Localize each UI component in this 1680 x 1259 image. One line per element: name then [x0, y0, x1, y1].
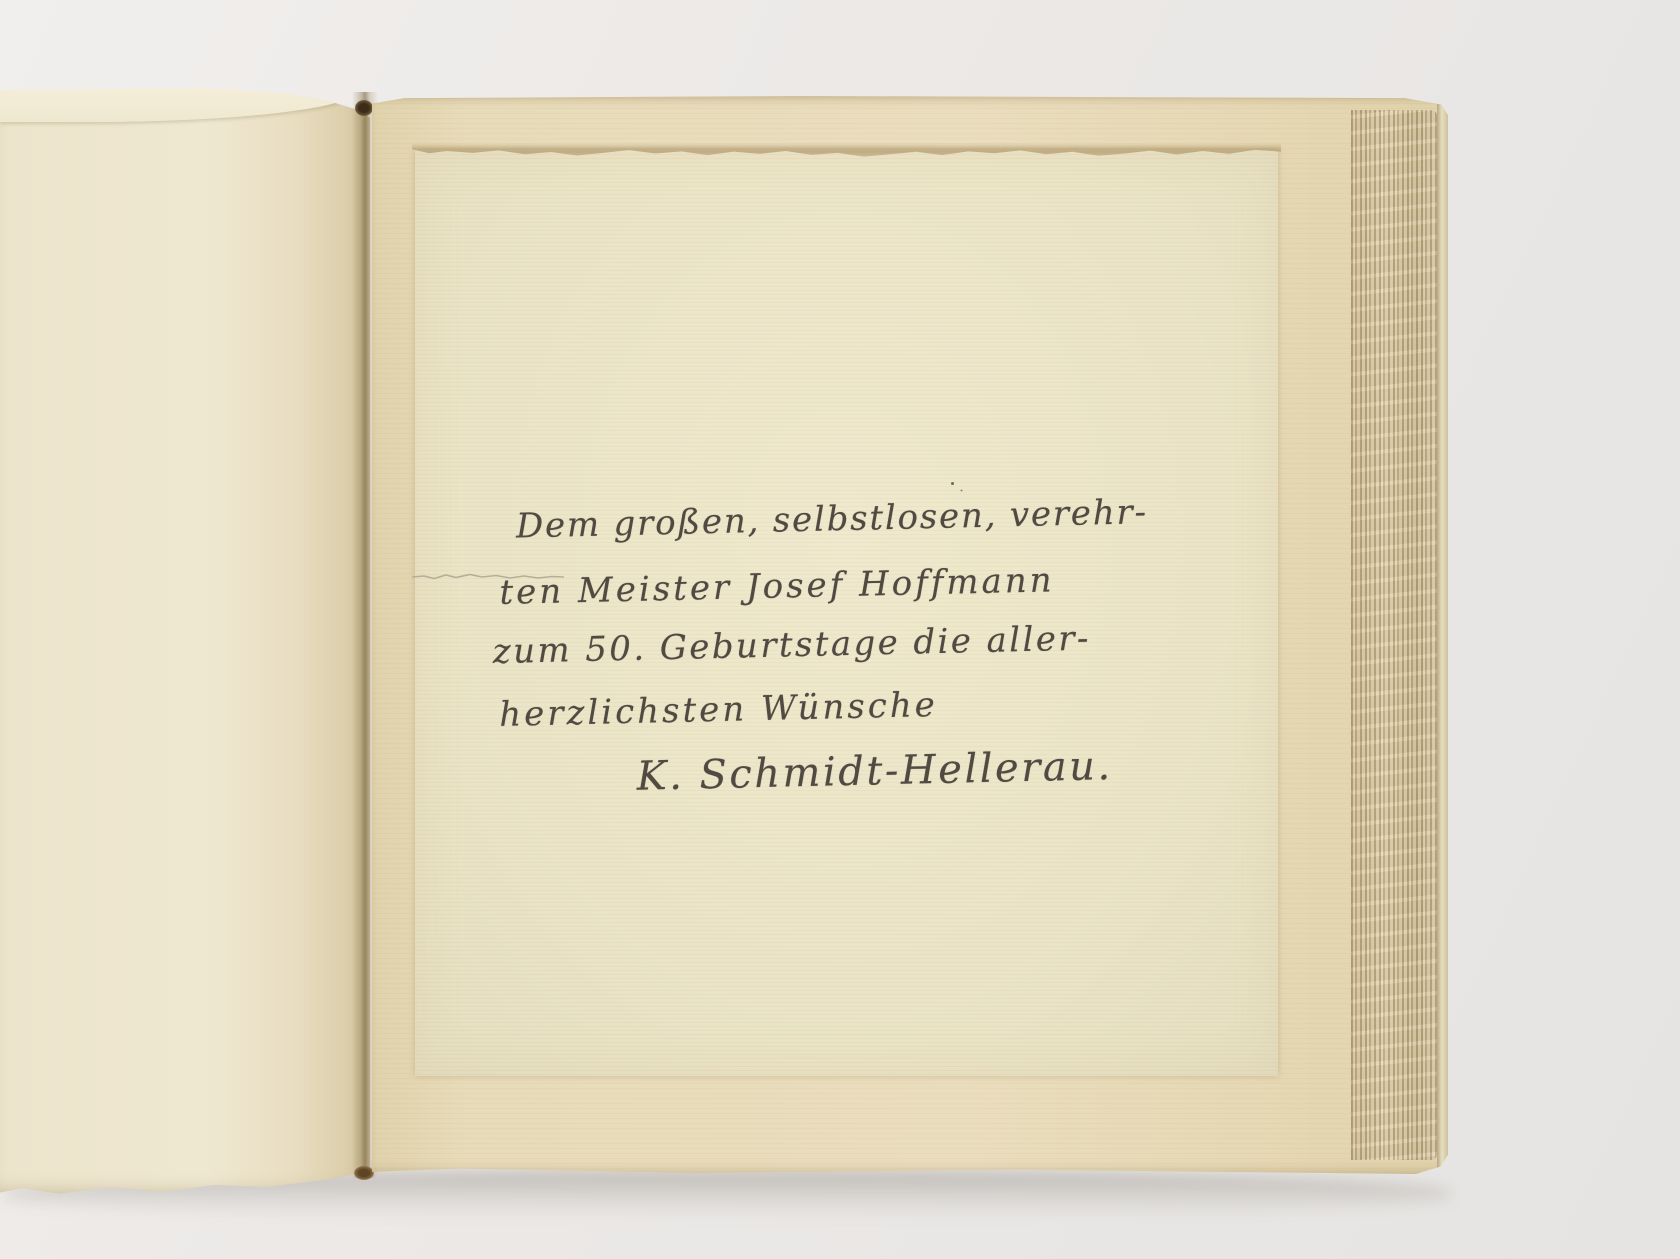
left-page [0, 88, 370, 1196]
photo-backdrop: Dem großen, selbstlosen, verehr- ten Mei… [0, 0, 1680, 1259]
handwriting-block: Dem großen, selbstlosen, verehr- ten Mei… [405, 140, 1289, 1085]
left-page-top-edge [0, 88, 355, 122]
handwriting-line: ten Meister Josef Hoffmann [499, 563, 1055, 610]
cover-edge [1437, 96, 1448, 1174]
handwriting-line: Dem großen, selbstlosen, verehr- [516, 495, 1149, 543]
gutter-notch-bottom [354, 1166, 374, 1180]
gutter-notch-top [355, 100, 373, 116]
handwriting-line: zum 50. Geburtstage die aller- [492, 621, 1091, 669]
signature: K. Schmidt-Hellerau. [636, 746, 1113, 797]
fore-edge-deckle [1351, 110, 1437, 1160]
pasted-note: Dem großen, selbstlosen, verehr- ten Mei… [415, 150, 1278, 1076]
right-page: Dem großen, selbstlosen, verehr- ten Mei… [372, 96, 1448, 1174]
handwriting-line: herzlichsten Wünsche [499, 688, 938, 732]
